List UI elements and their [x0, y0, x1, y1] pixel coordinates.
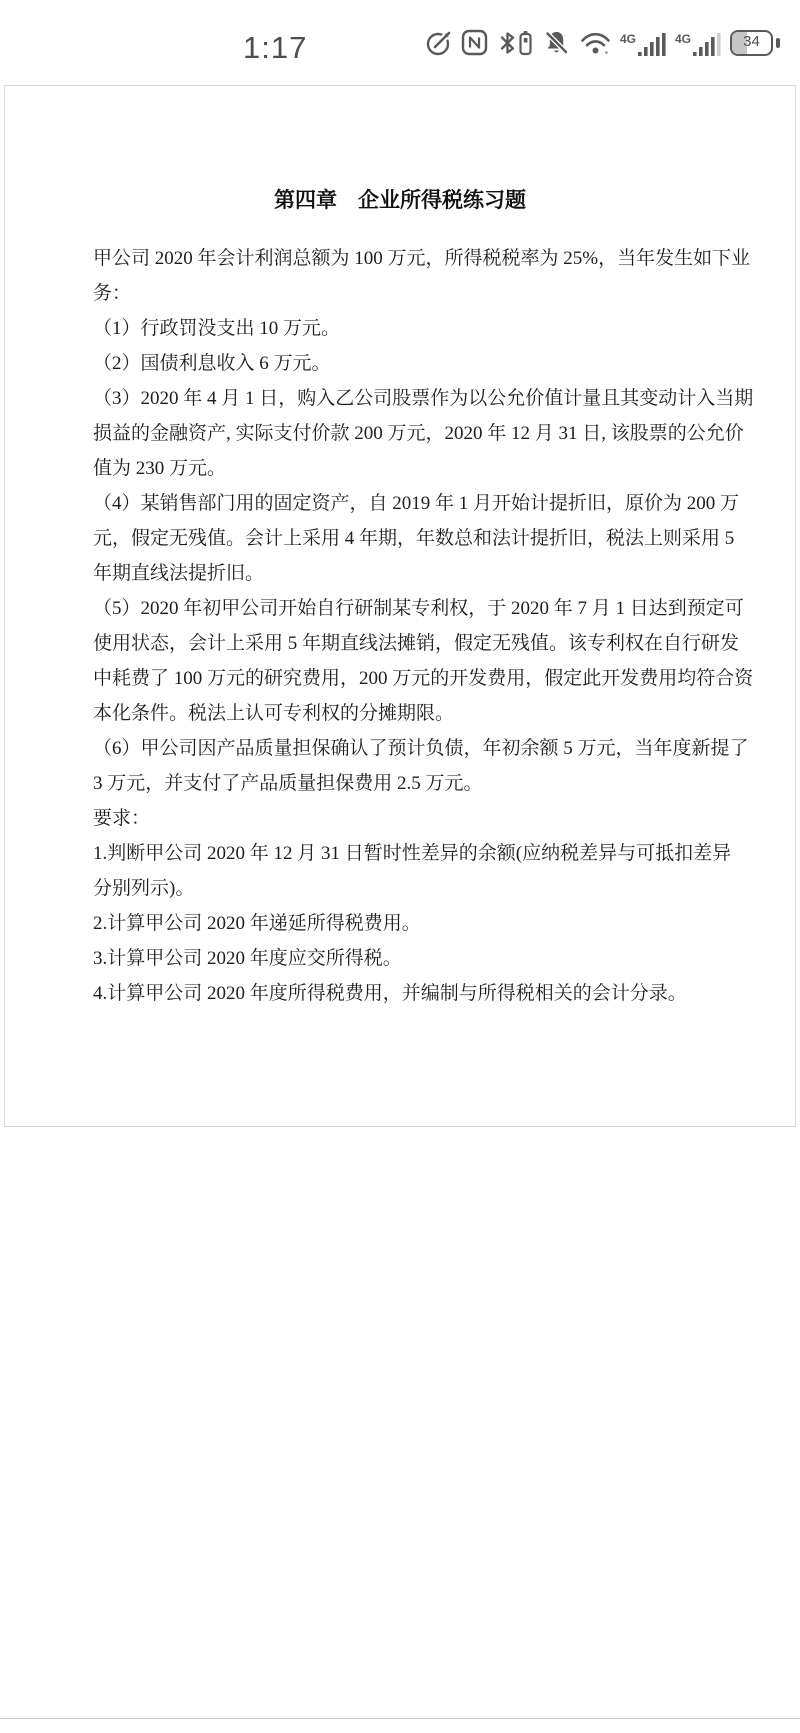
text-line: （4）某销售部门用的固定资产，自 2019 年 1 月开始计提折旧，原价为 20… [93, 486, 711, 521]
nfc-icon [461, 29, 488, 56]
network-type-sim2: 4G [675, 33, 691, 45]
text-line: 年期直线法提折旧。 [93, 556, 711, 591]
status-icons: 4G 4G [424, 0, 780, 85]
text-line: 分别列示)。 [93, 871, 711, 906]
bell-muted-icon [542, 28, 571, 57]
signal-bars-sim2-bars [693, 27, 721, 59]
wifi-icon [580, 30, 611, 56]
battery-indicator: 34 [730, 29, 780, 57]
battery-level: 34 [730, 33, 773, 50]
text-line: 值为 230 万元。 [93, 451, 711, 486]
network-type-sim1: 4G [620, 33, 636, 45]
document-page[interactable]: 第四章 企业所得税练习题 甲公司 2020 年会计利润总额为 100 万元，所得… [4, 85, 796, 1127]
gauge-icon [424, 29, 452, 57]
text-line: （5）2020 年初甲公司开始自行研制某专利权，于 2020 年 7 月 1 日… [93, 591, 711, 626]
text-line: 要求： [93, 801, 711, 836]
document-body: 甲公司 2020 年会计利润总额为 100 万元，所得税税率为 25%，当年发生… [5, 241, 795, 1011]
text-line: 4.计算甲公司 2020 年度所得税费用，并编制与所得税相关的会计分录。 [93, 976, 711, 1011]
status-bar: 1:17 [0, 0, 800, 85]
signal-bars-sim1: 4G [620, 27, 666, 59]
bluetooth-battery-icon [497, 29, 533, 57]
text-line: 1.判断甲公司 2020 年 12 月 31 日暂时性差异的余额(应纳税差异与可… [93, 836, 711, 871]
text-line: （2）国债利息收入 6 万元。 [93, 346, 711, 381]
text-line: 使用状态，会计上采用 5 年期直线法摊销，假定无残值。该专利权在自行研发 [93, 626, 711, 661]
page-separator [0, 1718, 800, 1719]
document-title: 第四章 企业所得税练习题 [5, 86, 795, 216]
text-line: （3）2020 年 4 月 1 日，购入乙公司股票作为以公允价值计量且其变动计入… [93, 381, 711, 416]
text-line: 损益的金融资产, 实际支付价款 200 万元，2020 年 12 月 31 日,… [93, 416, 711, 451]
signal-bars-sim1-bars [638, 27, 666, 59]
text-line: 2.计算甲公司 2020 年递延所得税费用。 [93, 906, 711, 941]
text-line: 中耗费了 100 万元的研究费用，200 万元的开发费用，假定此开发费用均符合资 [93, 661, 711, 696]
text-line: 务： [93, 276, 711, 311]
battery-nub [776, 38, 780, 48]
text-line: （6）甲公司因产品质量担保确认了预计负债，年初余额 5 万元，当年度新提了 [93, 731, 711, 766]
text-line: 甲公司 2020 年会计利润总额为 100 万元，所得税税率为 25%，当年发生… [93, 241, 711, 276]
clock: 1:17 [243, 30, 307, 66]
signal-bars-sim2: 4G [675, 27, 721, 59]
text-line: 本化条件。税法上认可专利权的分摊期限。 [93, 696, 711, 731]
text-line: 3.计算甲公司 2020 年度应交所得税。 [93, 941, 711, 976]
text-line: （1）行政罚没支出 10 万元。 [93, 311, 711, 346]
text-line: 元，假定无残值。会计上采用 4 年期，年数总和法计提折旧，税法上则采用 5 [93, 521, 711, 556]
phone-screen: 1:17 [0, 0, 800, 1733]
text-line: 3 万元，并支付了产品质量担保费用 2.5 万元。 [93, 766, 711, 801]
